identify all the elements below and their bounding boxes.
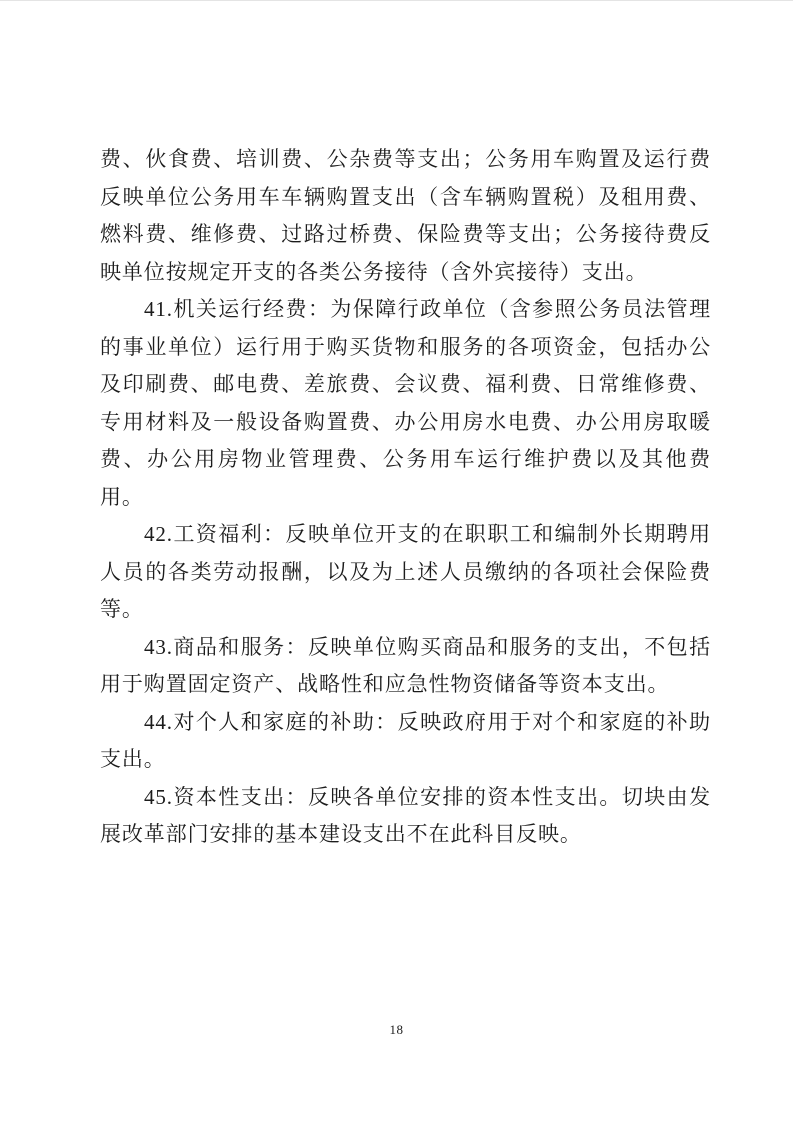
document-page: 费、伙食费、培训费、公杂费等支出；公务用车购置及运行费反映单位公务用车车辆购置支…: [0, 0, 793, 1122]
paragraph-item-42: 42.工资福利：反映单位开支的在职职工和编制外长期聘用人员的各类劳动报酬，以及为…: [100, 516, 711, 629]
text-block: 费、伙食费、培训费、公杂费等支出；公务用车购置及运行费反映单位公务用车车辆购置支…: [100, 141, 711, 854]
paragraph-item-44: 44.对个人和家庭的补助：反映政府用于对个和家庭的补助支出。: [100, 704, 711, 779]
paragraph-continuation: 费、伙食费、培训费、公杂费等支出；公务用车购置及运行费反映单位公务用车车辆购置支…: [100, 141, 711, 291]
paragraph-item-41: 41.机关运行经费：为保障行政单位（含参照公务员法管理的事业单位）运行用于购买货…: [100, 291, 711, 516]
page-number: 18: [0, 1022, 793, 1038]
paragraph-item-45: 45.资本性支出：反映各单位安排的资本性支出。切块由发展改革部门安排的基本建设支…: [100, 779, 711, 854]
paragraph-item-43: 43.商品和服务：反映单位购买商品和服务的支出，不包括用于购置固定资产、战略性和…: [100, 629, 711, 704]
